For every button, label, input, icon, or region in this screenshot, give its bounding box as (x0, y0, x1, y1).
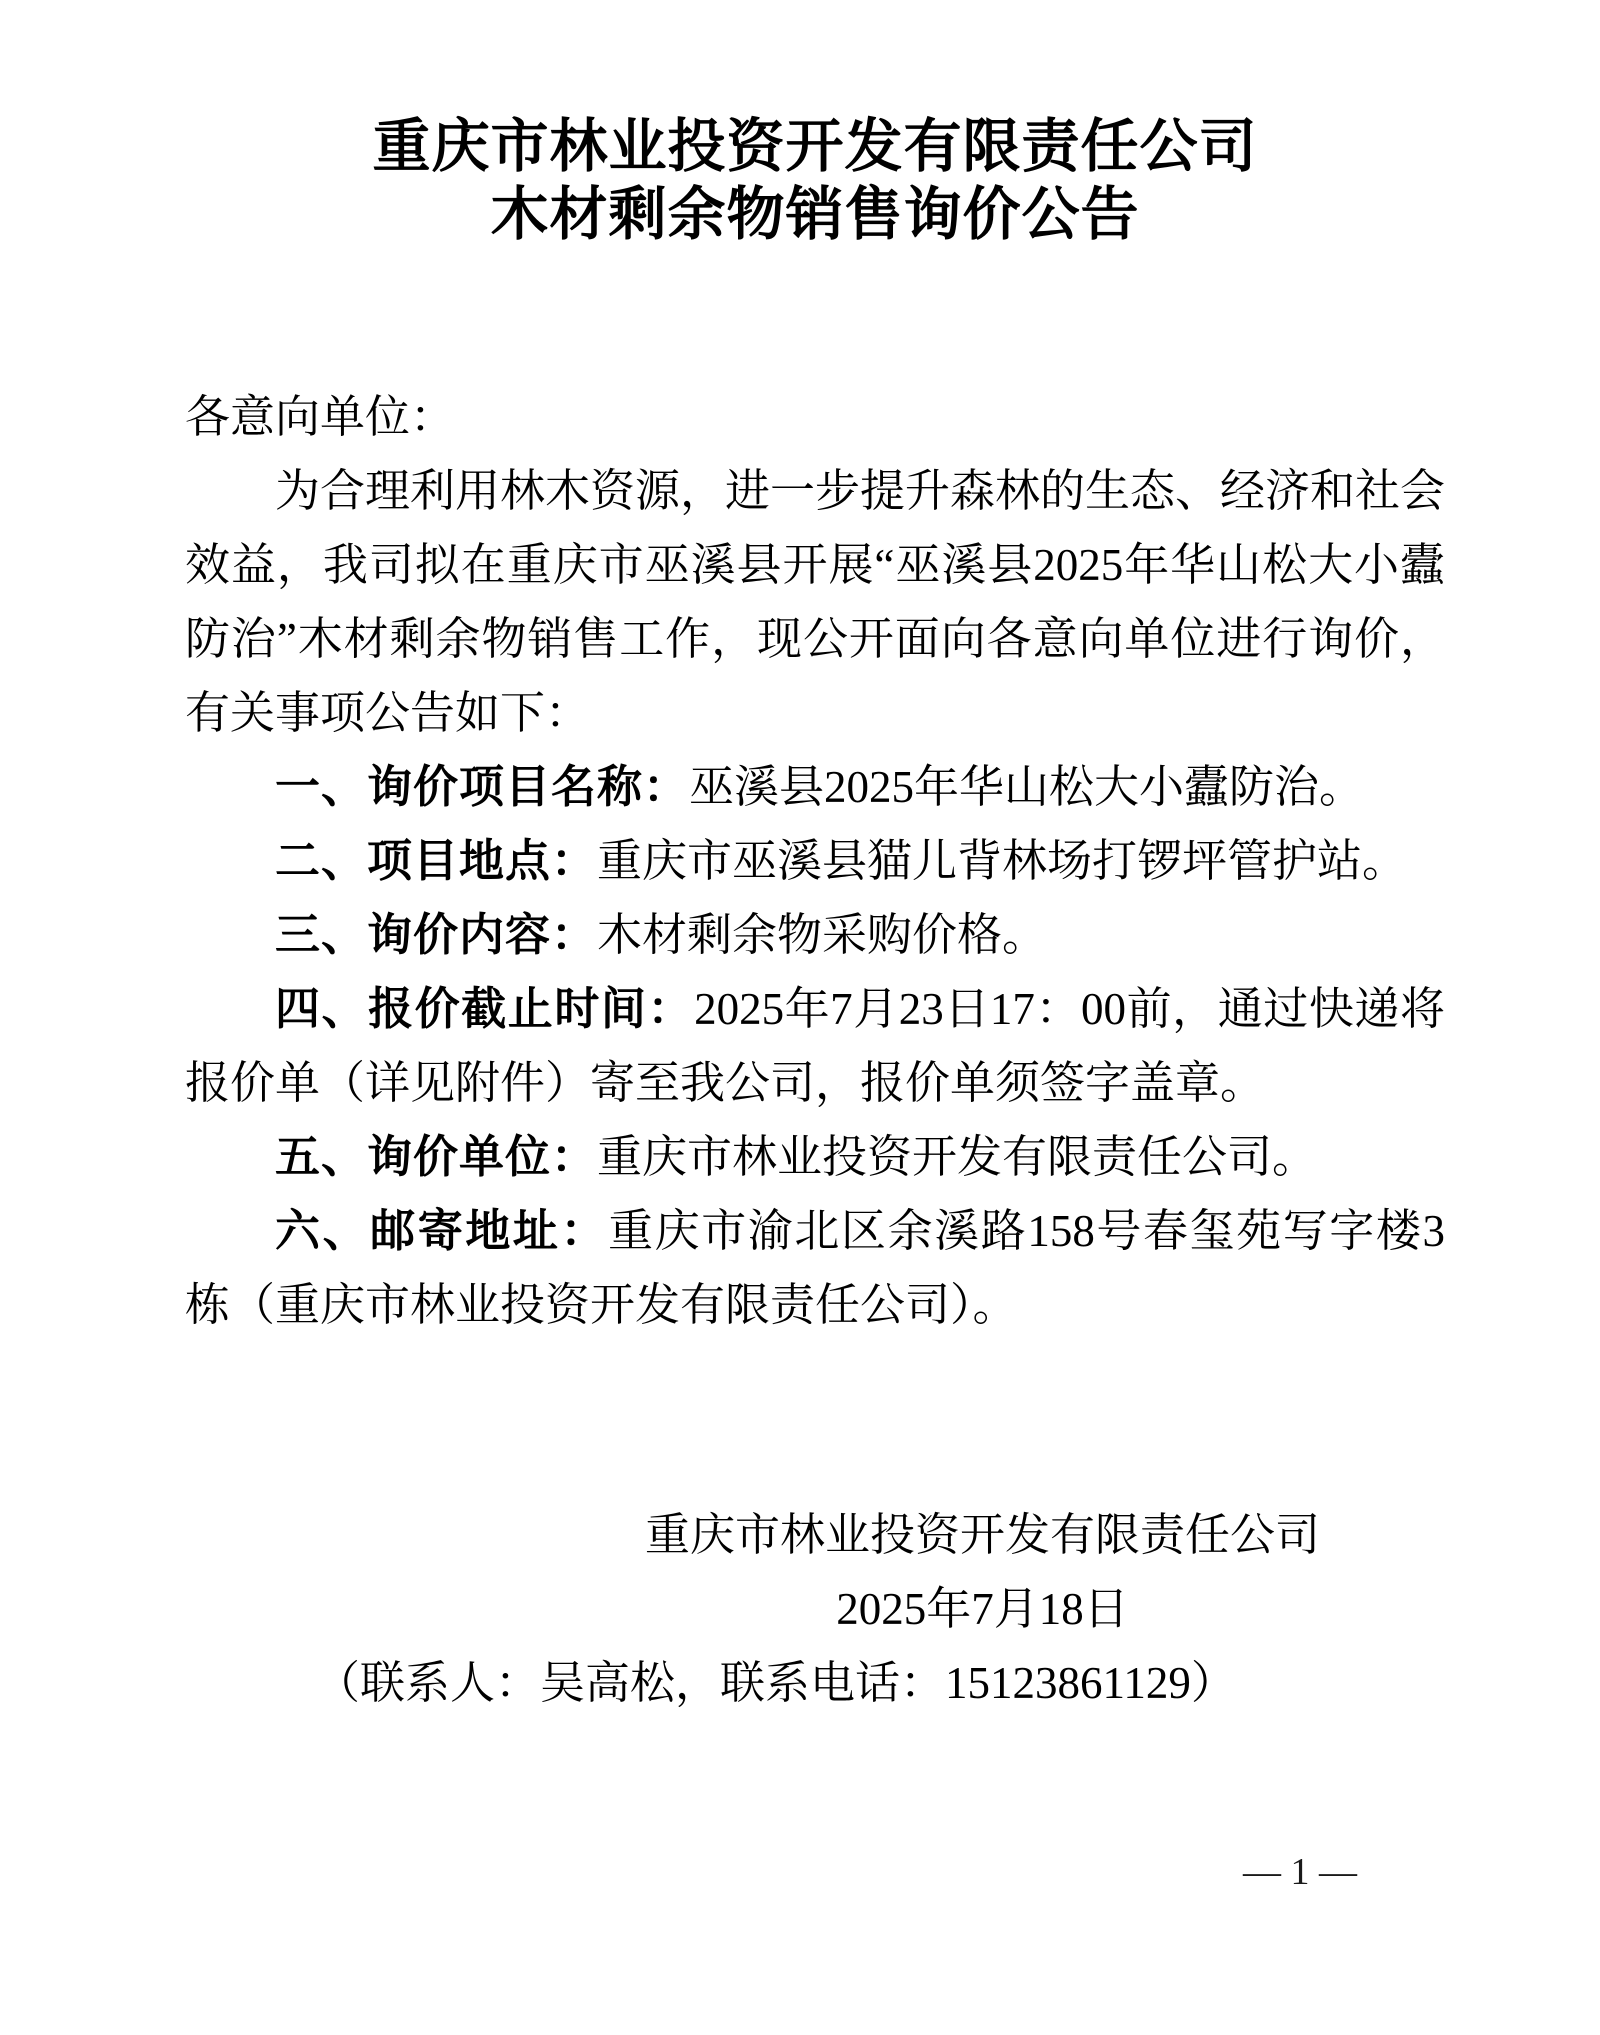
signature-company: 重庆市林业投资开发有限责任公司 (645, 1498, 1320, 1572)
signature-block: 重庆市林业投资开发有限责任公司 2025年7月18日 (645, 1498, 1320, 1646)
title-line-2: 木材剩余物销售询价公告 (185, 181, 1445, 249)
item-5: 五、询价单位：重庆市林业投资开发有限责任公司。 (185, 1120, 1445, 1194)
item-6-label: 六、邮寄地址： (275, 1205, 608, 1256)
item-4-label: 四、报价截止时间： (275, 983, 694, 1034)
item-5-label: 五、询价单位： (275, 1131, 597, 1182)
item-6: 六、邮寄地址：重庆市渝北区余溪路158号春玺苑写字楼3栋（重庆市林业投资开发有限… (185, 1194, 1445, 1342)
page-number: — 1 — (1243, 1852, 1357, 1892)
item-3: 三、询价内容：木材剩余物采购价格。 (185, 898, 1445, 972)
item-1-label: 一、询价项目名称： (275, 761, 689, 812)
item-4: 四、报价截止时间：2025年7月23日17：00前，通过快递将报价单（详见附件）… (185, 972, 1445, 1120)
item-3-text: 木材剩余物采购价格。 (597, 910, 1047, 960)
document-title: 重庆市林业投资开发有限责任公司 木材剩余物销售询价公告 (185, 113, 1445, 249)
contact-line: （联系人：吴高松，联系电话：15123861129） (315, 1646, 1445, 1720)
document-body: 各意向单位： 为合理利用林木资源，进一步提升森林的生态、经济和社会效益，我司拟在… (185, 380, 1445, 1342)
document-content: 重庆市林业投资开发有限责任公司 木材剩余物销售询价公告 各意向单位： 为合理利用… (0, 0, 1600, 1720)
salutation: 各意向单位： (185, 380, 1445, 454)
signature-date: 2025年7月18日 (645, 1572, 1320, 1646)
intro-paragraph: 为合理利用林木资源，进一步提升森林的生态、经济和社会效益，我司拟在重庆市巫溪县开… (185, 454, 1445, 750)
item-3-label: 三、询价内容： (275, 909, 597, 960)
item-2: 二、项目地点：重庆市巫溪县猫儿背林场打锣坪管护站。 (185, 824, 1445, 898)
title-line-1: 重庆市林业投资开发有限责任公司 (185, 113, 1445, 181)
item-2-text: 重庆市巫溪县猫儿背林场打锣坪管护站。 (597, 836, 1407, 886)
document-page: 重庆市林业投资开发有限责任公司 木材剩余物销售询价公告 各意向单位： 为合理利用… (0, 0, 1600, 2035)
item-1: 一、询价项目名称：巫溪县2025年华山松大小蠹防治。 (185, 750, 1445, 824)
item-5-text: 重庆市林业投资开发有限责任公司。 (597, 1132, 1317, 1182)
item-1-text: 巫溪县2025年华山松大小蠹防治。 (689, 762, 1364, 812)
item-2-label: 二、项目地点： (275, 835, 597, 886)
